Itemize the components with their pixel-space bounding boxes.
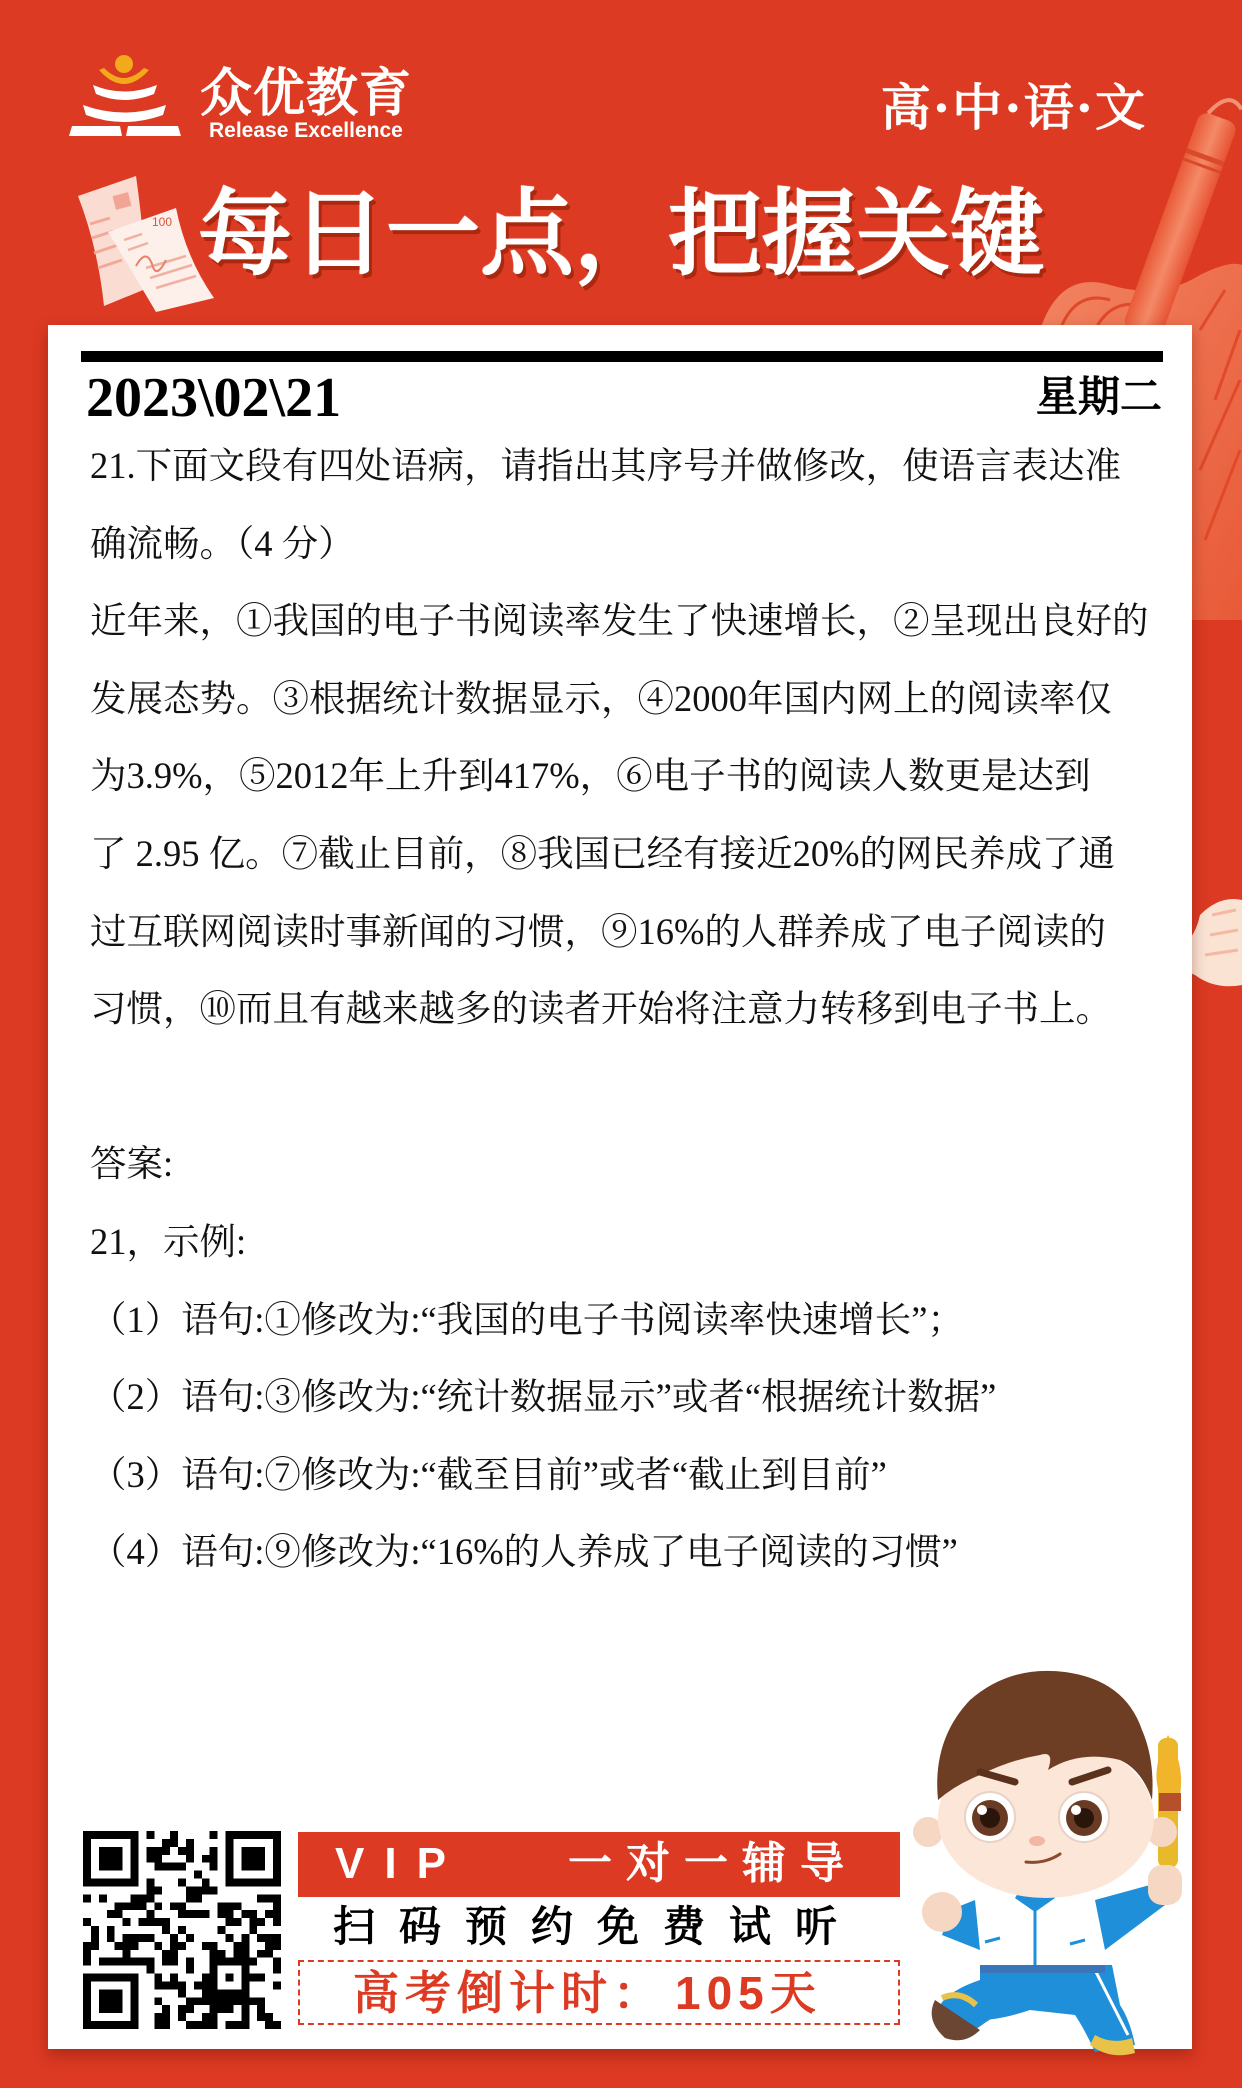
brand-name: 众优教育: [200, 66, 412, 122]
question-line: 发展态势。③根据统计数据显示，④2000年国内网上的阅读率仅: [90, 660, 1170, 738]
one-on-one-label: 一对一辅导: [568, 1838, 858, 1890]
answer-item: （1）语句:①修改为:“我国的电子书阅读率快速增长”；: [90, 1281, 1170, 1359]
question-line: 为3.9%，⑤2012年上升到417%，⑥电子书的阅读人数更是达到: [90, 737, 1170, 815]
question-line: 21.下面文段有四处语病，请指出其序号并做修改，使语言表达准: [90, 427, 1170, 505]
vip-label: VIP: [335, 1838, 466, 1890]
question-line: 确流畅。（4 分）: [90, 505, 1170, 583]
answer-label: 答案:: [90, 1125, 1170, 1203]
question-line: 习惯，⑩而且有越来越多的读者开始将注意力转移到电子书上。: [90, 970, 1170, 1048]
spacer: [90, 1048, 1170, 1126]
brand-tagline: Release Excellence: [209, 119, 403, 143]
subject-label: 高·中·语·文: [881, 78, 1147, 138]
question-line: 近年来，①我国的电子书阅读率发生了快速增长，②呈现出良好的: [90, 582, 1170, 660]
question-line: 了 2.95 亿。⑦截止目前，⑧我国已经有接近20%的网民养成了通: [90, 815, 1170, 893]
answer-item: （3）语句:⑦修改为:“截至目前”或者“截止到目前”: [90, 1436, 1170, 1514]
weekday: 星期二: [1036, 372, 1162, 424]
countdown-value: 105天: [675, 1967, 822, 2019]
countdown-label: 高考倒计时：: [353, 1967, 665, 2019]
answer-item: （4）语句:⑨修改为:“16%的人养成了电子阅读的习惯”: [90, 1513, 1170, 1591]
answer-intro: 21，示例:: [90, 1203, 1170, 1281]
student-mascot-icon: [880, 1660, 1242, 2088]
question-and-answer: 21.下面文段有四处语病，请指出其序号并做修改，使语言表达准 确流畅。（4 分）…: [90, 427, 1170, 1591]
svg-text:100: 100: [152, 215, 172, 229]
qr-code: [83, 1831, 281, 2029]
question-line: 过互联网阅读时事新闻的习惯，⑨16%的人群养成了电子阅读的: [90, 893, 1170, 971]
scan-cta: 扫码预约免费试听: [333, 1900, 861, 1954]
answer-item: （2）语句:③修改为:“统计数据显示”或者“根据统计数据”: [90, 1358, 1170, 1436]
exam-countdown: 高考倒计时：105天: [353, 1965, 822, 2021]
header-rule: [81, 351, 1163, 362]
book-tree-logo-icon: [66, 50, 184, 142]
date: 2023\02\21: [86, 368, 341, 428]
test-papers-icon: 100: [76, 168, 218, 313]
headline: 每日一点，把握关键: [198, 182, 1044, 286]
